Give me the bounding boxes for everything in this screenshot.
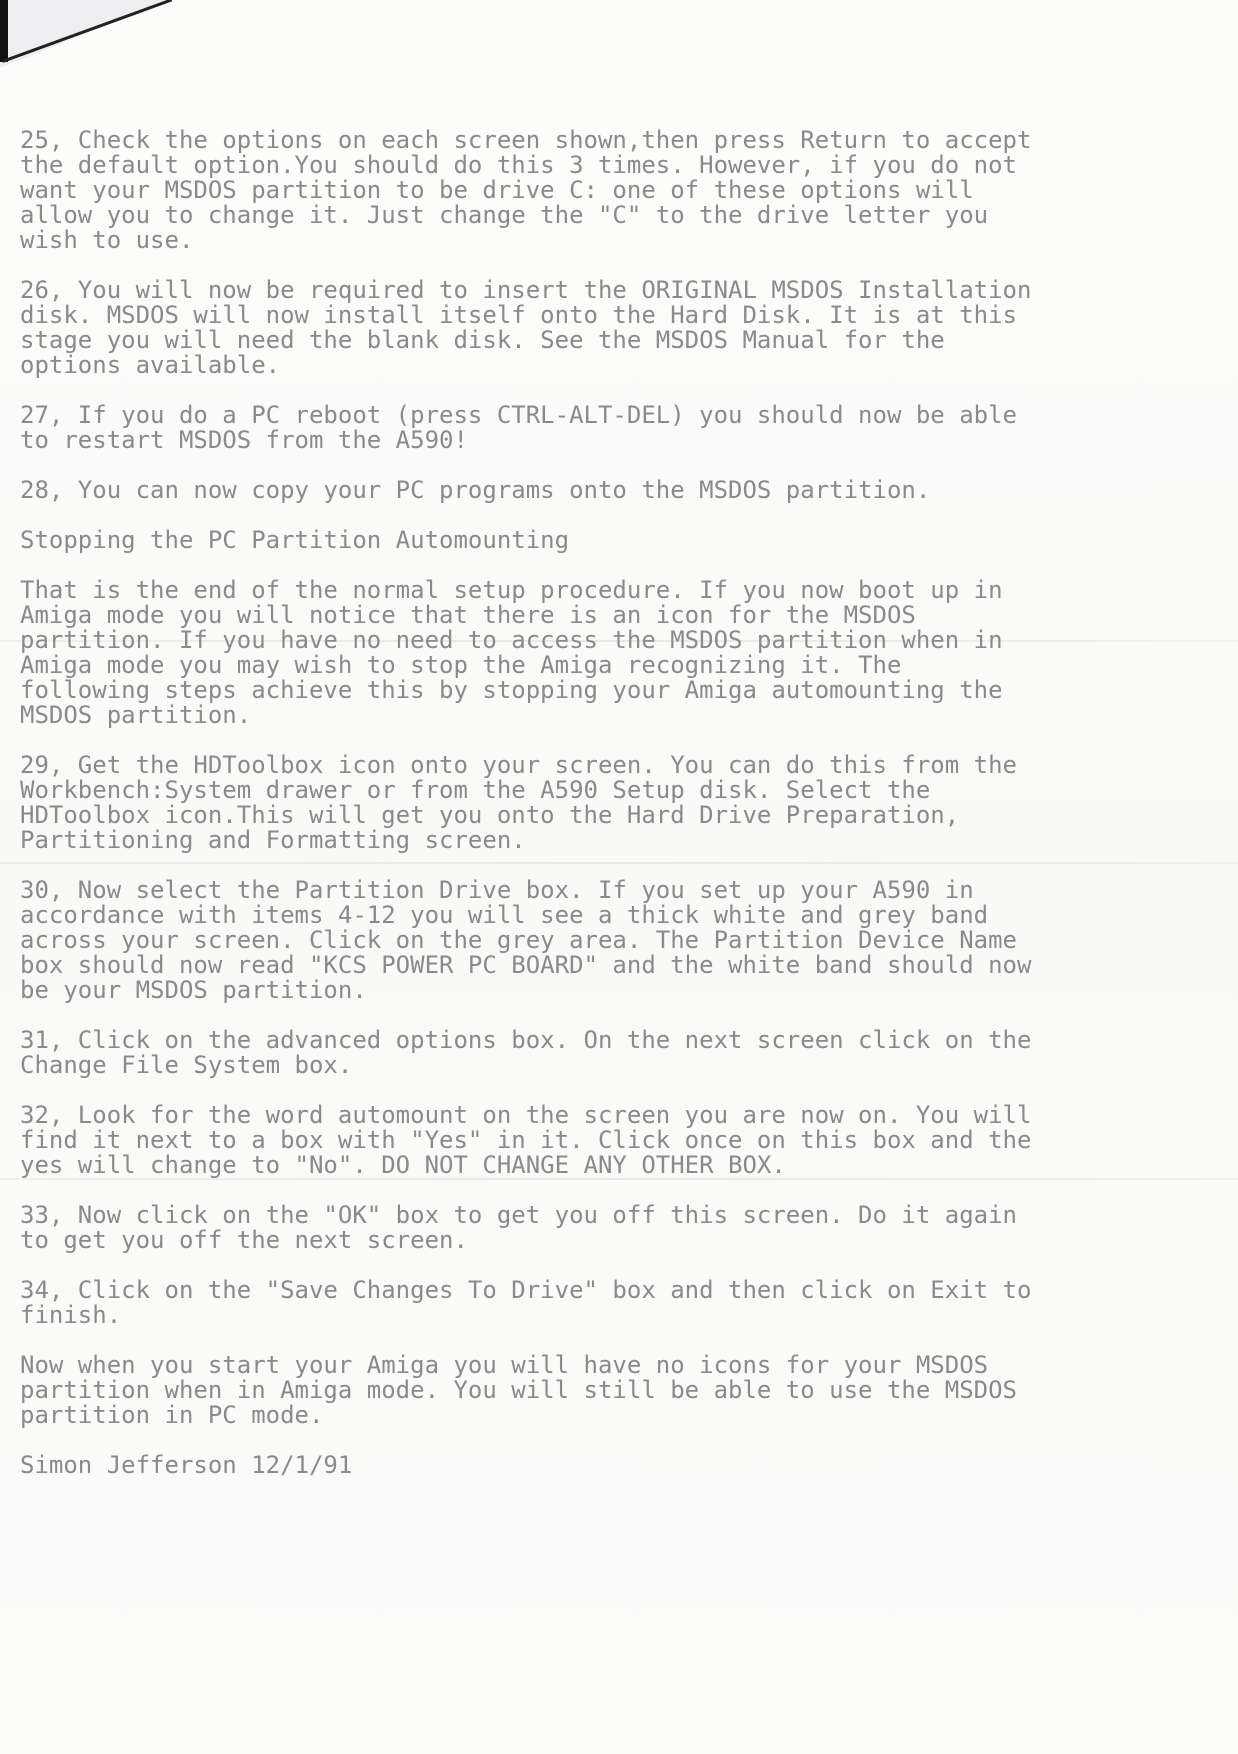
text-line: Partitioning and Formatting screen. [20,828,1220,853]
paragraph-closing: Now when you start your Amiga you will h… [20,1353,1220,1428]
text-line: to restart MSDOS from the A590! [20,428,1220,453]
text-line: partition. If you have no need to access… [20,628,1220,653]
paragraph-step-26: 26, You will now be required to insert t… [20,278,1220,378]
text-line: options available. [20,353,1220,378]
text-line: accordance with items 4-12 you will see … [20,903,1220,928]
paragraph-step-29: 29, Get the HDToolbox icon onto your scr… [20,753,1220,853]
text-line: 31, Click on the advanced options box. O… [20,1028,1220,1053]
paragraph-step-28: 28, You can now copy your PC programs on… [20,478,1220,503]
text-line: 28, You can now copy your PC programs on… [20,478,1220,503]
text-line: the default option.You should do this 3 … [20,153,1220,178]
text-line: 33, Now click on the "OK" box to get you… [20,1203,1220,1228]
text-line: find it next to a box with "Yes" in it. … [20,1128,1220,1153]
scanned-page: 25, Check the options on each screen sho… [0,0,1238,1754]
text-line: Amiga mode you may wish to stop the Amig… [20,653,1220,678]
text-line: yes will change to "No". DO NOT CHANGE A… [20,1153,1220,1178]
paragraph-heading-stopping: Stopping the PC Partition Automounting [20,528,1220,553]
text-line: 26, You will now be required to insert t… [20,278,1220,303]
paragraph-step-34: 34, Click on the "Save Changes To Drive"… [20,1278,1220,1328]
text-line: Now when you start your Amiga you will h… [20,1353,1220,1378]
text-line: stage you will need the blank disk. See … [20,328,1220,353]
text-line: across your screen. Click on the grey ar… [20,928,1220,953]
text-line: partition when in Amiga mode. You will s… [20,1378,1220,1403]
text-line: Workbench:System drawer or from the A590… [20,778,1220,803]
corner-shadow [0,0,8,62]
text-line: Stopping the PC Partition Automounting [20,528,1220,553]
text-line: That is the end of the normal setup proc… [20,578,1220,603]
text-line: HDToolbox icon.This will get you onto th… [20,803,1220,828]
text-line: Change File System box. [20,1053,1220,1078]
text-line: following steps achieve this by stopping… [20,678,1220,703]
text-line: 32, Look for the word automount on the s… [20,1103,1220,1128]
text-line: want your MSDOS partition to be drive C:… [20,178,1220,203]
text-line: be your MSDOS partition. [20,978,1220,1003]
text-line: 29, Get the HDToolbox icon onto your scr… [20,753,1220,778]
text-line: allow you to change it. Just change the … [20,203,1220,228]
paragraph-intro-stopping: That is the end of the normal setup proc… [20,578,1220,728]
text-line: 30, Now select the Partition Drive box. … [20,878,1220,903]
text-line: 34, Click on the "Save Changes To Drive"… [20,1278,1220,1303]
paragraph-step-25: 25, Check the options on each screen sho… [20,128,1220,253]
text-line: finish. [20,1303,1220,1328]
paragraph-step-31: 31, Click on the advanced options box. O… [20,1028,1220,1078]
paragraph-step-27: 27, If you do a PC reboot (press CTRL-AL… [20,403,1220,453]
document-body: 25, Check the options on each screen sho… [20,128,1220,1503]
paragraph-step-32: 32, Look for the word automount on the s… [20,1103,1220,1178]
text-line: 27, If you do a PC reboot (press CTRL-AL… [20,403,1220,428]
text-line: disk. MSDOS will now install itself onto… [20,303,1220,328]
text-line: wish to use. [20,228,1220,253]
text-line: MSDOS partition. [20,703,1220,728]
text-line: to get you off the next screen. [20,1228,1220,1253]
text-line: Amiga mode you will notice that there is… [20,603,1220,628]
paragraph-signature: Simon Jefferson 12/1/91 [20,1453,1220,1478]
text-line: Simon Jefferson 12/1/91 [20,1453,1220,1478]
text-line: partition in PC mode. [20,1403,1220,1428]
paragraph-step-33: 33, Now click on the "OK" box to get you… [20,1203,1220,1253]
paragraph-step-30: 30, Now select the Partition Drive box. … [20,878,1220,1003]
text-line: box should now read "KCS POWER PC BOARD"… [20,953,1220,978]
text-line: 25, Check the options on each screen sho… [20,128,1220,153]
